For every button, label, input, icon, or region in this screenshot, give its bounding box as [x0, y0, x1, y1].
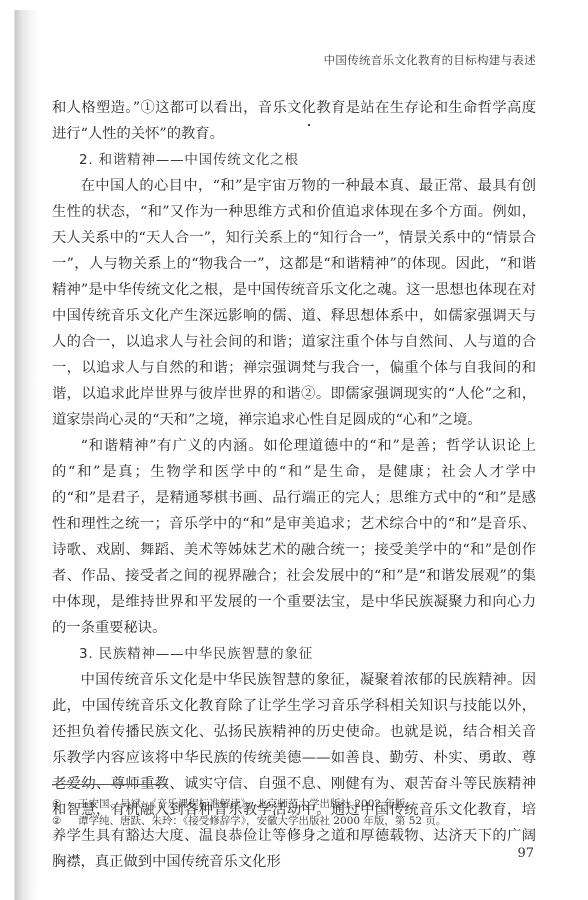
footnote-mark: ①: [52, 796, 78, 813]
page-top-edge: [14, 0, 54, 10]
footnote-mark: ②: [52, 813, 78, 830]
section-heading-national-spirit: 3. 民族精神——中华民族智慧的象征: [52, 641, 536, 667]
footnote-item: ① 王安国、吴斌：《音乐课程标准解读》，北京师范大学出版社 2002 年版。: [52, 796, 536, 813]
section-heading-harmony: 2. 和谐精神——中国传统文化之根: [52, 147, 536, 173]
page-gutter-shadow: [0, 0, 40, 900]
page-number: 97: [517, 846, 534, 861]
footnote-divider: [52, 784, 168, 785]
footnotes: ① 王安国、吴斌：《音乐课程标准解读》，北京师范大学出版社 2002 年版。 ②…: [52, 796, 536, 830]
footnote-text: 谭学纯、唐跃、朱玲：《接受修辞学》，安徽大学出版社 2000 年版，第 52 页…: [78, 813, 446, 830]
running-head: 中国传统音乐文化教育的目标构建与表述: [324, 52, 536, 68]
body-text: 和人格塑造。”①这都可以看出，音乐文化教育是站在生存论和生命哲学高度进行“人性的…: [52, 95, 536, 875]
footnote-text: 王安国、吴斌：《音乐课程标准解读》，北京师范大学出版社 2002 年版。: [78, 796, 416, 813]
paragraph: 在中国人的心目中，“和”是宇宙万物的一种最本真、最正常、最具有创生性的状态，“和…: [52, 173, 536, 433]
paragraph-continuation: 和人格塑造。”①这都可以看出，音乐文化教育是站在生存论和生命哲学高度进行“人性的…: [52, 95, 536, 147]
paragraph: “和谐精神”有广义的内涵。如伦理道德中的“和”是善；哲学认识论上的“和”是真；生…: [52, 433, 536, 641]
footnote-item: ② 谭学纯、唐跃、朱玲：《接受修辞学》，安徽大学出版社 2000 年版，第 52…: [52, 813, 536, 830]
paragraph: 中国传统音乐文化是中华民族智慧的象征，凝聚着浓郁的民族精神。因此，中国传统音乐文…: [52, 667, 536, 875]
